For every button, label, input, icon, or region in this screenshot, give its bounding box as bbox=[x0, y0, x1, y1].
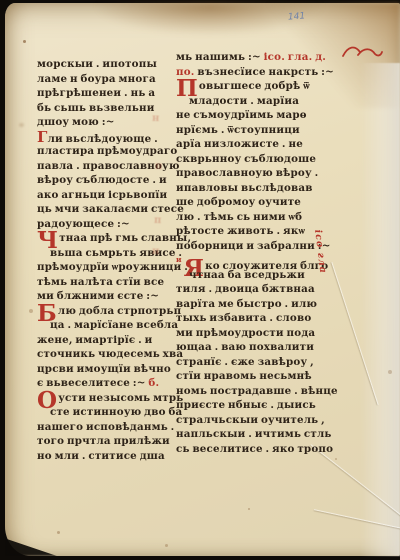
foxing-spot bbox=[335, 458, 337, 460]
body-text: номь пострадавше . вѣнце bbox=[176, 385, 338, 397]
bleedthrough-mark: п bbox=[154, 215, 162, 226]
body-text: странїє . єже завѣроу , bbox=[176, 356, 314, 368]
body-text: младости . марїиа bbox=[189, 95, 299, 107]
page-corner-shadow bbox=[5, 522, 57, 556]
manuscript-line: лю . тѣмь сь ними ѡб bbox=[176, 210, 324, 225]
manuscript-line: сь веселитисе . яко тропо bbox=[176, 442, 324, 457]
body-text: ми прѣмоудрости пода bbox=[176, 327, 315, 339]
body-text: варїта ме быстро . илю bbox=[176, 298, 317, 310]
body-text: не съмоудрїимь марѳ bbox=[176, 109, 307, 121]
body-text: лю . тѣмь сь ними ѡб bbox=[176, 211, 302, 223]
manuscript-line: поборници и забрални :~ bbox=[176, 239, 324, 254]
handwritten-folio-number: 141 bbox=[288, 11, 306, 22]
body-text: пластира прѣмоудраго bbox=[37, 145, 178, 157]
body-text: морскыи . ипотопы bbox=[37, 58, 157, 70]
right-text-column: мь нашимь :~ ісо. гла. д.по. възнесїисе … bbox=[176, 50, 324, 456]
body-text: прѣмоудрїи ѡроужници . bbox=[37, 261, 188, 273]
body-text: тѣмь налѣта стїи все bbox=[37, 276, 164, 288]
body-text: тиля . двоица бжтвнаа bbox=[176, 283, 315, 295]
manuscript-line: чтнаа ба вседрьжи bbox=[176, 268, 324, 283]
manuscript-line: Повыгшесе добрѣ ѿ bbox=[176, 79, 324, 94]
manuscript-line: варїта ме быстро . илю bbox=[176, 297, 324, 312]
manuscript-line: ць мчи закалаєми стесе bbox=[37, 202, 173, 217]
manuscript-line: прѣмоудрїи ѡроужници . bbox=[37, 260, 173, 275]
manuscript-line: сточникь чюдесемь хва bbox=[37, 347, 173, 362]
body-text: ць мчи закалаєми стесе bbox=[37, 203, 184, 215]
manuscript-line: прѣгрѣшенеи . нь а bbox=[37, 86, 173, 101]
body-text: сте истинноую дво ба bbox=[50, 406, 182, 418]
manuscript-line: ми блжними єсте :~ bbox=[37, 289, 173, 304]
manuscript-line: тѣмь налѣта стїи все bbox=[37, 275, 173, 290]
body-text: мь нашимь :~ bbox=[176, 51, 264, 63]
manuscript-line: ми прѣмоудрости пода bbox=[176, 326, 324, 341]
body-text: того прчтла прилѣжи bbox=[37, 435, 170, 447]
manuscript-line: стралчьскыи оучитель , bbox=[176, 413, 324, 428]
photo-background: { "page": { "folio_number": "141", "desc… bbox=[0, 0, 400, 560]
body-text: скврьнноу съблюдоше bbox=[176, 153, 316, 165]
manuscript-line: младости . марїиа bbox=[176, 94, 324, 109]
body-text: приєсте нбныє . дыись bbox=[176, 399, 316, 411]
manuscript-line: арїа низложисте . не bbox=[176, 137, 324, 152]
manuscript-line: по. възнесїисе накрсть :~ bbox=[176, 65, 324, 80]
manuscript-line: странїє . єже завѣроу , bbox=[176, 355, 324, 370]
body-text: усти незысомь мтрь bbox=[58, 392, 183, 404]
body-text: напльскыи . ичтимь стль bbox=[176, 428, 332, 440]
manuscript-line: рѣтосте животь . якѡ bbox=[176, 224, 324, 239]
body-text: тнаа прѣ гмь славны, bbox=[59, 232, 191, 244]
body-text: стїи нравомь несьмнѣ bbox=[176, 370, 312, 382]
manuscript-line: Чтнаа прѣ гмь славны, bbox=[37, 231, 173, 246]
foxing-spot bbox=[19, 123, 24, 127]
manuscript-line: ако агньци ісрьвопїи bbox=[37, 188, 173, 203]
body-text: ако агньци ісрьвопїи bbox=[37, 189, 167, 201]
body-text: стралчьскыи оучитель , bbox=[176, 414, 325, 426]
foxing-spot bbox=[165, 544, 168, 547]
manuscript-line: и Яко слоужителя блго bbox=[176, 253, 324, 268]
manuscript-line: павла . православноую bbox=[37, 159, 173, 174]
body-text: сь веселитисе . яко тропо bbox=[176, 443, 333, 455]
manuscript-line: ипавловы вьслѣдовав bbox=[176, 181, 324, 196]
manuscript-line: Блю добла стрпотрьп bbox=[37, 304, 173, 319]
bleedthrough-mark: н bbox=[152, 246, 160, 257]
rubric-text: и bbox=[176, 255, 184, 264]
body-text: нашего исповѣданмь . bbox=[37, 421, 174, 433]
manuscript-line: тиля . двоица бжтвнаа bbox=[176, 282, 324, 297]
manuscript-line: нрїємь . ѿстоупници bbox=[176, 123, 324, 138]
manuscript-line: но мли . ститисе дша bbox=[37, 449, 173, 464]
manuscript-line: ющаа . ваю похвалити bbox=[176, 340, 324, 355]
foxing-spot bbox=[248, 508, 250, 510]
foxing-spot bbox=[29, 309, 33, 313]
body-text: нрїємь . ѿстоупници bbox=[176, 124, 300, 136]
body-text: възнесїисе накрсть :~ bbox=[197, 66, 334, 78]
body-text: чтнаа ба вседрьжи bbox=[189, 269, 305, 281]
manuscript-line: пластира прѣмоудраго bbox=[37, 144, 173, 159]
body-text: поборници и забрални :~ bbox=[176, 240, 331, 252]
bleedthrough-mark: н bbox=[152, 113, 160, 124]
manuscript-line: Гли вьслѣдоующе . bbox=[37, 130, 173, 145]
body-text: ламе н боура многа bbox=[37, 73, 156, 85]
manuscript-line: сте истинноую дво ба bbox=[37, 405, 173, 420]
manuscript-line: жене, имартірїє . и bbox=[37, 333, 173, 348]
body-text: вѣроу съблюдосте . и bbox=[37, 174, 167, 186]
foxing-spot bbox=[388, 370, 392, 374]
body-text: бь сьшь вьзвельни bbox=[37, 102, 155, 114]
manuscript-line: є вьвеселитесе :~ б. bbox=[37, 376, 173, 391]
body-text: лю добла стрпотрьп bbox=[58, 305, 181, 317]
manuscript-line: православноую вѣроу . bbox=[176, 166, 324, 181]
manuscript-line: мь нашимь :~ ісо. гла. д. bbox=[176, 50, 324, 65]
body-text: рѣтосте животь . якѡ bbox=[176, 225, 305, 237]
body-text: ца . марїсїане всебла bbox=[50, 319, 178, 331]
manuscript-line: црсви имоущїи вѣчно bbox=[37, 362, 173, 377]
body-text: црсви имоущїи вѣчно bbox=[37, 363, 171, 375]
manuscript-line: того прчтла прилѣжи bbox=[37, 434, 173, 449]
manuscript-line: вѣроу съблюдосте . и bbox=[37, 173, 173, 188]
body-text: ше добромоу оучите bbox=[176, 196, 301, 208]
rubric-initial: Г bbox=[37, 128, 48, 146]
body-text: ющаа . ваю похвалити bbox=[176, 341, 314, 353]
body-text: тыхь избавита . слово bbox=[176, 312, 311, 324]
body-text: овыгшесе добрѣ ѿ bbox=[199, 80, 310, 92]
crinkled-page-edge bbox=[360, 63, 400, 556]
foxing-spot bbox=[57, 531, 60, 534]
manuscript-line: напльскыи . ичтимь стль bbox=[176, 427, 324, 442]
manuscript-line: стїи нравомь несьмнѣ bbox=[176, 369, 324, 384]
body-text: дшоу мою :~ bbox=[37, 116, 115, 128]
rubric-text: б. bbox=[148, 377, 159, 389]
red-flourish-icon bbox=[341, 43, 383, 61]
manuscript-line: ламе н боура многа bbox=[37, 72, 173, 87]
foxing-spot bbox=[23, 40, 26, 43]
body-text: прѣгрѣшенеи . нь а bbox=[37, 87, 155, 99]
body-text: ипавловы вьслѣдовав bbox=[176, 182, 313, 194]
manuscript-line: номь пострадавше . вѣнце bbox=[176, 384, 324, 399]
manuscript-line: приєсте нбныє . дыись bbox=[176, 398, 324, 413]
body-text: но мли . ститисе дша bbox=[37, 450, 165, 462]
body-text: арїа низложисте . не bbox=[176, 138, 303, 150]
manuscript-page: 141 морскыи . ипотопыламе н боура многап… bbox=[5, 3, 400, 556]
manuscript-line: скврьнноу съблюдоше bbox=[176, 152, 324, 167]
manuscript-line: ца . марїсїане всебла bbox=[37, 318, 173, 333]
body-text: сточникь чюдесемь хва bbox=[37, 348, 183, 360]
manuscript-line: не съмоудрїимь марѳ bbox=[176, 108, 324, 123]
body-text: ли вьслѣдоующе . bbox=[48, 133, 158, 145]
body-text: православноую вѣроу . bbox=[176, 167, 318, 179]
manuscript-line: морскыи . ипотопы bbox=[37, 57, 173, 72]
manuscript-line: тыхь избавита . слово bbox=[176, 311, 324, 326]
body-text: жене, имартірїє . и bbox=[37, 334, 153, 346]
bleedthrough-mark: п bbox=[155, 161, 163, 172]
manuscript-line: ше добромоу оучите bbox=[176, 195, 324, 210]
body-text: вьша сьмрьть явисе . bbox=[50, 247, 182, 259]
rubric-text: ісо. гла. д. bbox=[264, 51, 326, 63]
manuscript-line: Оусти незысомь мтрь bbox=[37, 391, 173, 406]
manuscript-line: нашего исповѣданмь . bbox=[37, 420, 173, 435]
